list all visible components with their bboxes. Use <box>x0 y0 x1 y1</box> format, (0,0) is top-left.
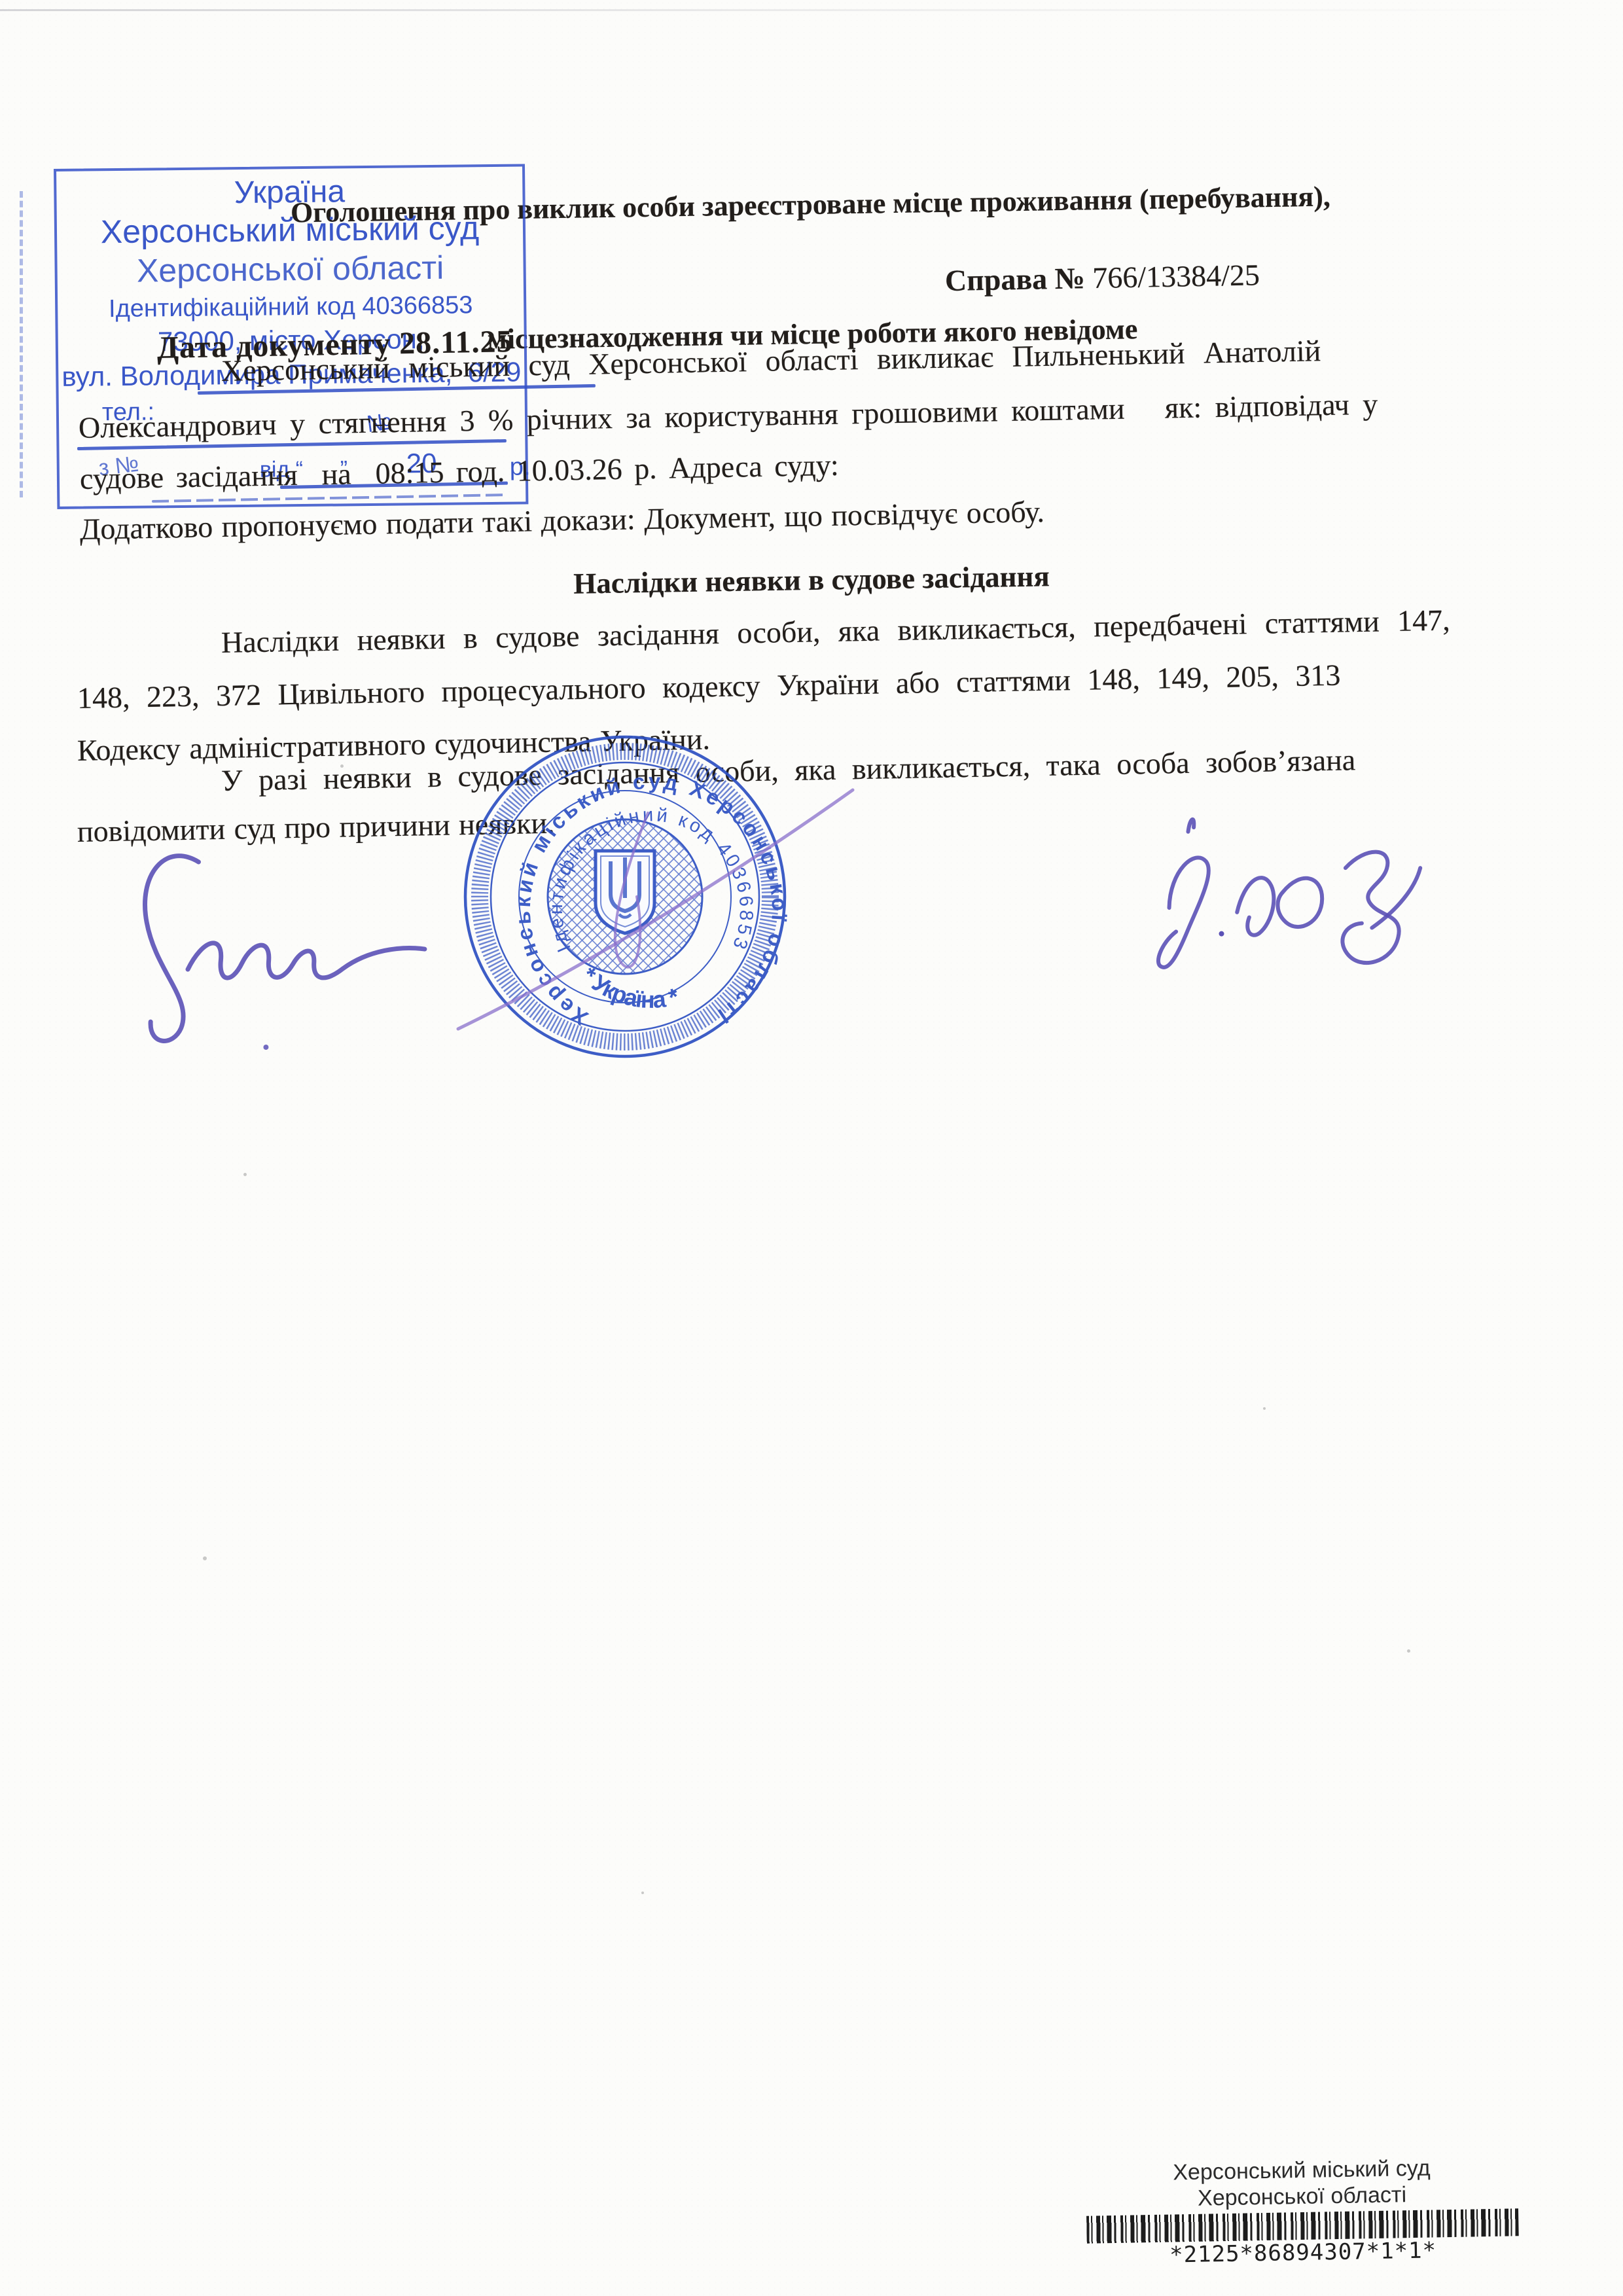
case-number-label: Справа № <box>945 261 1086 297</box>
scanner-edge-shadow <box>0 9 1577 11</box>
document-date-label: Дата документу <box>157 327 391 366</box>
judge-right-signature <box>1086 795 1440 985</box>
stamp-court-name-line1: Херсонський міський суд <box>57 208 524 251</box>
stamp-country: Україна <box>56 172 523 213</box>
scan-speck <box>641 1892 644 1894</box>
scan-speck <box>1407 1649 1410 1653</box>
document-date-line: Дата документу 28.11.25 <box>122 287 513 403</box>
scan-speck <box>243 1173 247 1176</box>
footer-block: Херсонський міський суд Херсонської обла… <box>1079 2153 1526 2270</box>
stamp-court-name-line2: Херсонської області <box>57 247 524 290</box>
section-heading: Наслідки неявки в судове засідання <box>0 550 1623 610</box>
case-number-value: 766/13384/25 <box>1084 258 1260 295</box>
judge-left-signature <box>124 830 452 1052</box>
consequences-paragraph-line: 148, 223, 372 Цивільного процесуального … <box>77 658 1341 715</box>
document-date-value: 28.11.25 <box>391 324 513 361</box>
court-seal: Херсонський міський суд Херсонської обла… <box>429 726 861 1093</box>
case-number-line: Справа № 766/13384/25 <box>914 223 1261 333</box>
scan-speck <box>1263 1407 1266 1410</box>
consequences-paragraph-line: Наслідки неявки в судове засідання особи… <box>221 603 1451 660</box>
scan-speck <box>203 1556 207 1560</box>
scanned-court-document: Оголошення про виклик особи зареєстрован… <box>0 0 1623 2296</box>
seal-trident-emblem <box>596 851 654 933</box>
